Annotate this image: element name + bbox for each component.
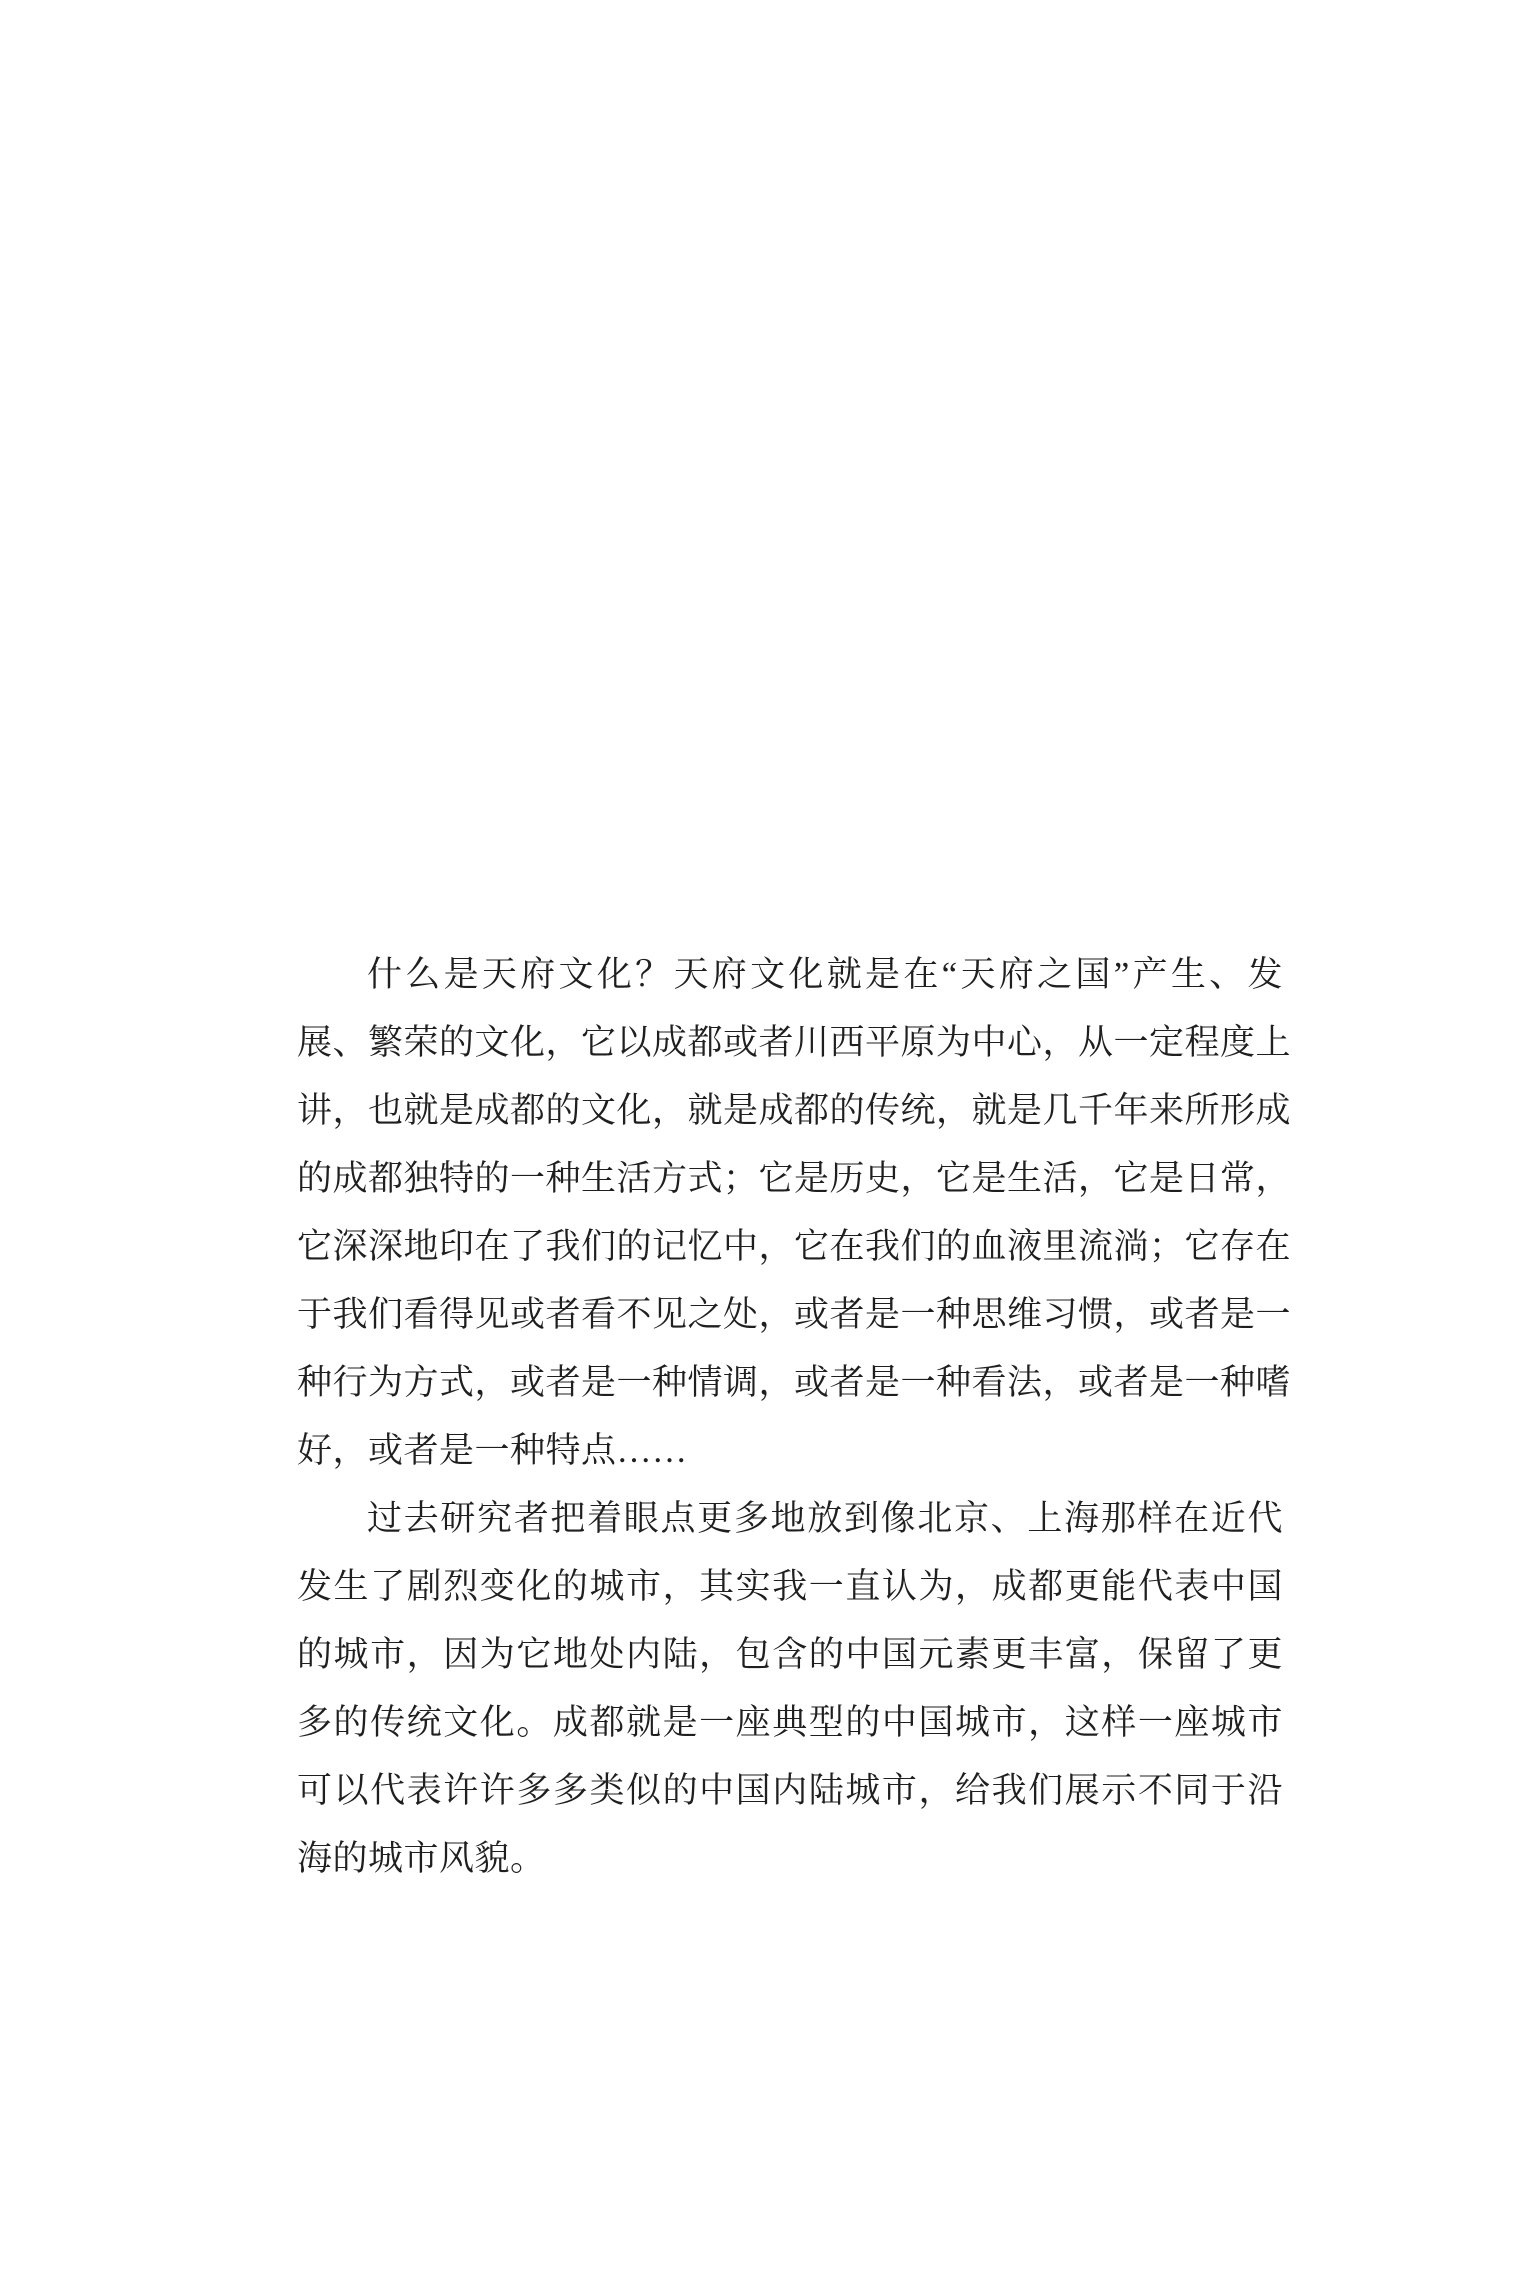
text-line: 海的城市风貌。 (297, 1825, 1283, 1893)
text-line: 的成都独特的一种生活方式；它是历史，它是生活，它是日常， (297, 1145, 1283, 1213)
text-line: 过去研究者把着眼点更多地放到像北京、上海那样在近代 (297, 1485, 1283, 1553)
text-line: 发生了剧烈变化的城市，其实我一直认为，成都更能代表中国 (297, 1553, 1283, 1621)
text-line: 于我们看得见或者看不见之处，或者是一种思维习惯，或者是一 (297, 1281, 1283, 1349)
text-line: 多的传统文化。成都就是一座典型的中国城市，这样一座城市 (297, 1689, 1283, 1757)
text-line: 好，或者是一种特点…… (297, 1417, 1283, 1485)
text-line: 它深深地印在了我们的记忆中，它在我们的血液里流淌；它存在 (297, 1213, 1283, 1281)
text-line: 展、繁荣的文化，它以成都或者川西平原为中心，从一定程度上 (297, 1009, 1283, 1077)
paragraph-2: 过去研究者把着眼点更多地放到像北京、上海那样在近代 发生了剧烈变化的城市，其实我… (297, 1485, 1283, 1893)
text-line: 讲，也就是成都的文化，就是成都的传统，就是几千年来所形成 (297, 1077, 1283, 1145)
text-line: 种行为方式，或者是一种情调，或者是一种看法，或者是一种嗜 (297, 1349, 1283, 1417)
text-line: 的城市，因为它地处内陆，包含的中国元素更丰富，保留了更 (297, 1621, 1283, 1689)
book-page: 什么是天府文化？天府文化就是在“天府之国”产生、发 展、繁荣的文化，它以成都或者… (0, 0, 1536, 2278)
page-text: 什么是天府文化？天府文化就是在“天府之国”产生、发 展、繁荣的文化，它以成都或者… (297, 941, 1283, 1893)
paragraph-1: 什么是天府文化？天府文化就是在“天府之国”产生、发 展、繁荣的文化，它以成都或者… (297, 941, 1283, 1485)
text-line: 可以代表许许多多类似的中国内陆城市，给我们展示不同于沿 (297, 1757, 1283, 1825)
text-line: 什么是天府文化？天府文化就是在“天府之国”产生、发 (297, 941, 1283, 1009)
